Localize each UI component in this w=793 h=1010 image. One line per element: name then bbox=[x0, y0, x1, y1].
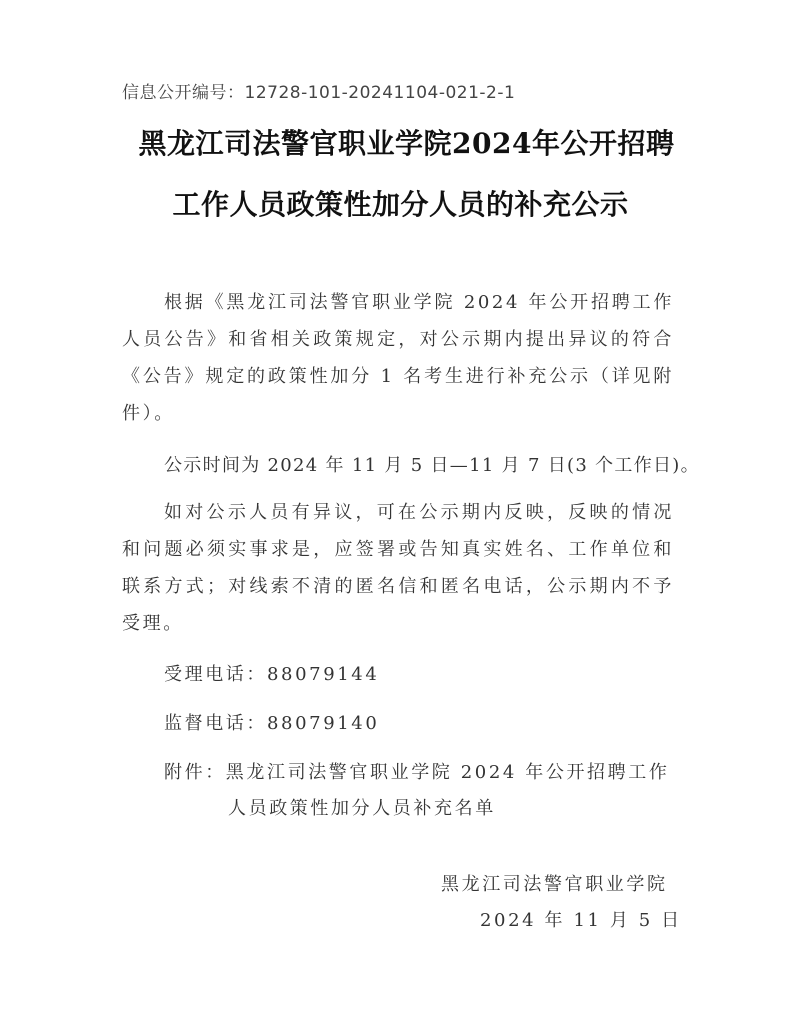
acceptance-phone: 受理电话：88079144 bbox=[164, 660, 379, 686]
attachment-line-1: 附件：黑龙江司法警官职业学院 2024 年公开招聘工作 bbox=[164, 758, 669, 784]
supervision-phone: 监督电话：88079140 bbox=[164, 709, 379, 735]
paragraph-period: 公示时间为 2024 年 11 月 5 日—11 月 7 日(3 个工作日)。 bbox=[122, 447, 674, 484]
document-title-line-1: 黑龙江司法警官职业学院2024年公开招聘 bbox=[10, 122, 793, 162]
info-number: 信息公开编号：12728-101-20241104-021-2-1 bbox=[122, 78, 515, 103]
signature-organization: 黑龙江司法警官职业学院 bbox=[441, 870, 668, 896]
signature-date: 2024 年 11 月 5 日 bbox=[480, 906, 682, 932]
paragraph-objection: 如对公示人员有异议，可在公示期内反映，反映的情况和问题必须实事求是，应签署或告知… bbox=[122, 494, 674, 642]
document-title-line-2: 工作人员政策性加分人员的补充公示 bbox=[4, 183, 793, 223]
paragraph-basis: 根据《黑龙江司法警官职业学院 2024 年公开招聘工作人员公告》和省相关政策规定… bbox=[122, 284, 674, 432]
attachment-line-2: 人员政策性加分人员补充名单 bbox=[228, 794, 496, 820]
